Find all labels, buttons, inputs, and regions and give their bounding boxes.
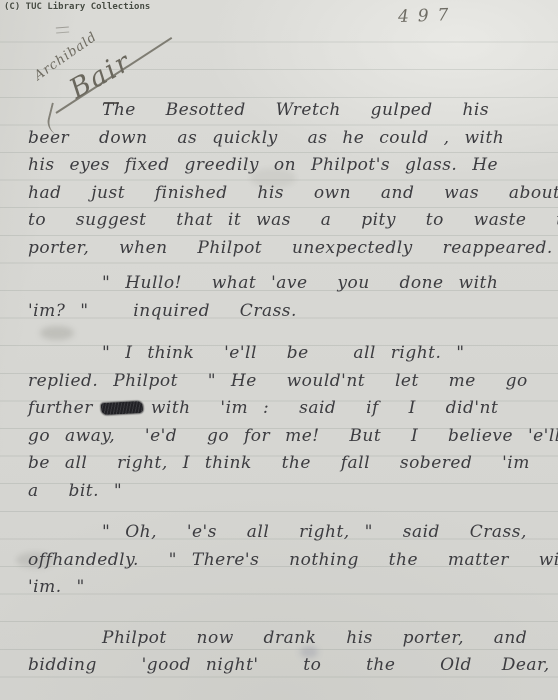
text-line: had just finished his own and was about xyxy=(28,180,543,208)
pencil-mark xyxy=(56,27,69,34)
text-line: " Hullo! what 'ave you done with xyxy=(28,270,543,298)
text-line: to suggest that it was a pity to waste t… xyxy=(28,207,543,235)
text-line: 'im. " xyxy=(28,574,543,602)
text-line: replied. Philpot " He would'nt let me go… xyxy=(28,368,543,396)
text-line: porter, when Philpot unexpectedly reappe… xyxy=(28,235,543,263)
text-fragment: further xyxy=(28,398,93,418)
text-line: " I think 'e'll be all right. " xyxy=(28,340,543,368)
page-number: 497 xyxy=(398,5,458,27)
text-line: offhandedly. " There's nothing the matte… xyxy=(28,547,543,575)
text-line: go away, 'e'd go for me! But I believe '… xyxy=(28,423,543,451)
text-line: 'im? " inquired Crass. xyxy=(28,298,543,326)
text-line: his eyes fixed greedily on Philpot's gla… xyxy=(28,152,543,180)
manuscript-text: The Besotted Wretch gulped his beer down… xyxy=(28,97,543,680)
paragraph: " Oh, 'e's all right, " said Crass, offh… xyxy=(28,519,543,602)
scribbled-out-word xyxy=(101,401,144,415)
text-line: Philpot now drank his porter, and xyxy=(28,625,543,653)
paragraph: " Hullo! what 'ave you done with 'im? " … xyxy=(28,270,543,325)
manuscript-page-scan: (C) TUC Library Collections 497 Archibal… xyxy=(0,0,558,700)
text-line: bidding 'good night' to the Old Dear, th… xyxy=(28,652,543,680)
text-line: be all right, I think the fall sobered '… xyxy=(28,450,543,478)
text-line: " Oh, 'e's all right, " said Crass, xyxy=(28,519,543,547)
text-fragment: with 'im : said if I did'nt xyxy=(151,398,498,418)
paragraph: The Besotted Wretch gulped his beer down… xyxy=(28,97,543,262)
text-line-with-redaction: furtherwith 'im : said if I did'nt xyxy=(28,395,543,423)
text-line: beer down as quickly as he could , with xyxy=(28,125,543,153)
text-line: The Besotted Wretch gulped his xyxy=(28,97,543,125)
text-line: a bit. " xyxy=(28,478,543,506)
paragraph: " I think 'e'll be all right. " replied.… xyxy=(28,340,543,505)
library-watermark: (C) TUC Library Collections xyxy=(4,2,150,12)
paragraph: Philpot now drank his porter, and biddin… xyxy=(28,625,543,680)
